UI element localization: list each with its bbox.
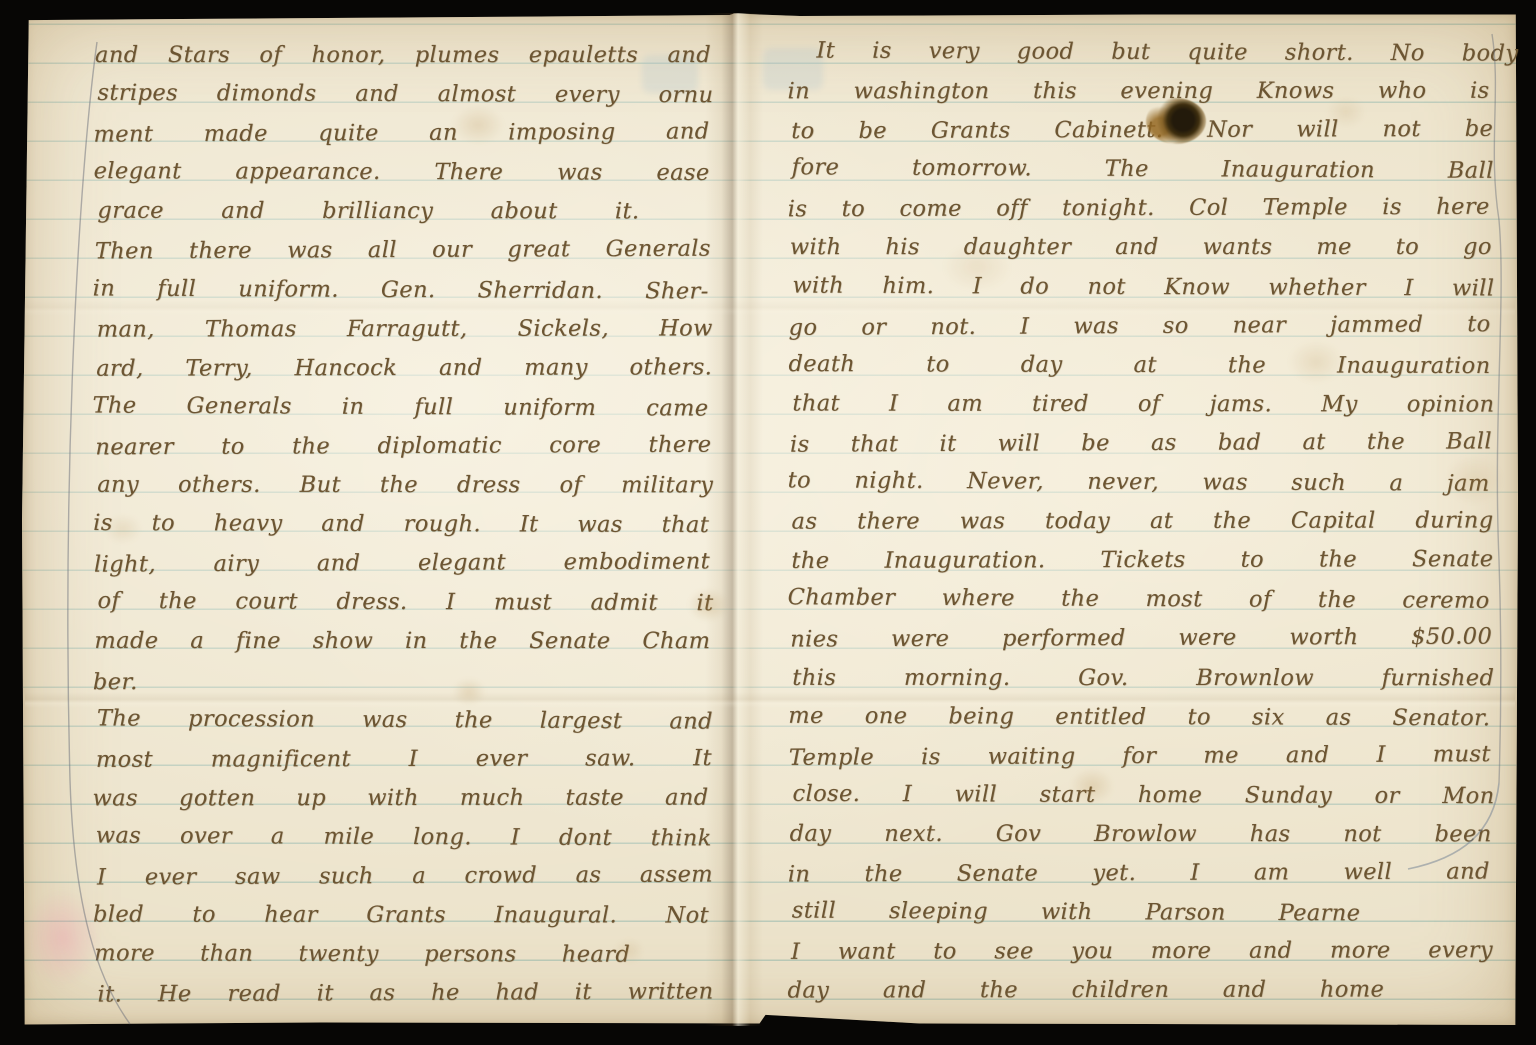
foxing-stain xyxy=(452,105,504,145)
foxing-stain xyxy=(688,588,728,622)
letter-line: Chamber where the most of the ceremo xyxy=(788,579,1490,622)
letter-line: fore tomorrow. The Inauguration Ball xyxy=(792,148,1494,191)
foxing-stain xyxy=(452,678,486,706)
letter-line: with his daughter and wants me to go xyxy=(790,228,1492,267)
letter-line: light, airy and elegant embodiment xyxy=(94,543,710,585)
letter-line: as there was today at the Capital during xyxy=(791,502,1493,542)
letter-line: ber. xyxy=(93,660,709,702)
foxing-stain xyxy=(614,938,644,964)
letter-line: is to come off tonight. Col Temple is he… xyxy=(788,188,1490,230)
letter-line: day next. Gov Browlow has not been xyxy=(790,815,1492,855)
letter-line: nies were performed were worth $50.00 xyxy=(790,618,1492,660)
page-right-text: It is very good but quite short. No body… xyxy=(790,33,1492,1010)
foxing-stain xyxy=(942,242,1012,292)
letter-line: in the Senate yet. I am well and xyxy=(788,852,1490,894)
letter-line: the Inauguration. Tickets to the Senate xyxy=(791,540,1493,581)
letter-line: grace and brilliancy about it. xyxy=(97,192,639,232)
letter-line: made a fine show in the Senate Cham xyxy=(94,622,710,661)
letter-line: The Generals in full uniform came xyxy=(92,386,708,428)
foxing-stain xyxy=(1288,340,1344,384)
foxing-stain xyxy=(1444,455,1504,505)
foxing-stain xyxy=(104,514,142,544)
letter-line: The procession was the largest and xyxy=(97,699,713,741)
letter-line: to night. Never, never, was such a jam xyxy=(788,461,1490,504)
letter-line: of the court dress. I must admit it xyxy=(97,582,713,623)
letter-line: me one being entitled to six as Senator. xyxy=(788,696,1490,738)
letter-line: this morning. Gov. Brownlow furnished xyxy=(792,658,1494,697)
letter-line: ment made quite an imposing and xyxy=(93,113,709,155)
letter-line: and Stars of honor, plumes epauletts and xyxy=(95,36,711,75)
pink-smudge xyxy=(20,886,104,990)
foxing-stain xyxy=(1326,96,1366,128)
letter-line: with him. I do not Know whether I will xyxy=(792,266,1494,308)
letter-line: stripes dimonds and almost every ornu xyxy=(97,74,713,115)
letter-scan: and Stars of honor, plumes epauletts and… xyxy=(0,0,1536,1045)
foxing-stain xyxy=(1070,768,1114,804)
letter-line: in washington this evening Knows who is xyxy=(787,72,1489,112)
letter-line: in full uniform. Gen. Sherridan. Sher- xyxy=(93,269,709,311)
letter-line: go or not. I was so near jammed to xyxy=(789,305,1491,348)
letter-line: nearer to the diplomatic core there xyxy=(95,426,711,468)
letter-line: day and the children and home xyxy=(787,971,1384,1011)
letter-line: is that it will be as bad at the Ball xyxy=(790,422,1492,464)
page-left-text: and Stars of honor, plumes epauletts and… xyxy=(95,36,711,1013)
letter-line: still sleeping with Parson Pearne xyxy=(792,892,1361,934)
letter-line: to be Grants Cabinett. Nor will not be xyxy=(791,110,1493,151)
letter-line: ard, Terry, Hancock and many others. xyxy=(96,348,712,388)
letter-line: any others. But the dress of military xyxy=(97,466,713,506)
letter-line: elegant appearance. There was ease xyxy=(94,152,710,193)
letter-line: close. I will start home Sunday or Mon xyxy=(792,775,1494,817)
letter-line: Temple is waiting for me and I must xyxy=(789,735,1491,778)
letter-line: Then there was all our great Generals xyxy=(95,230,711,272)
letter-line: that I am tired of jams. My opinion xyxy=(792,384,1494,424)
letter-line: most magnificent I ever saw. It xyxy=(96,739,712,780)
letter-line: is to heavy and rough. It was that xyxy=(93,504,709,545)
ink-blot xyxy=(1146,98,1206,144)
letter-line: man, Thomas Farragutt, Sickels, How xyxy=(97,309,713,349)
letter-line: It is very good but quite short. No body xyxy=(790,31,1518,73)
letter-line: death to day at the Inauguration xyxy=(788,345,1490,386)
letter-line: bled to hear Grants Inaugural. Not xyxy=(93,896,709,936)
letter-line: I want to see you more and more every xyxy=(791,931,1493,972)
letter-line: more than twenty persons heard xyxy=(94,934,630,974)
letter-line: was over a mile long. I dont think xyxy=(96,816,712,858)
letter-line: it. He read it as he had it written xyxy=(97,973,713,1015)
letter-line: I ever saw such a crowd as assem xyxy=(97,855,713,897)
letter-line: was gotten up with much taste and xyxy=(92,778,708,818)
